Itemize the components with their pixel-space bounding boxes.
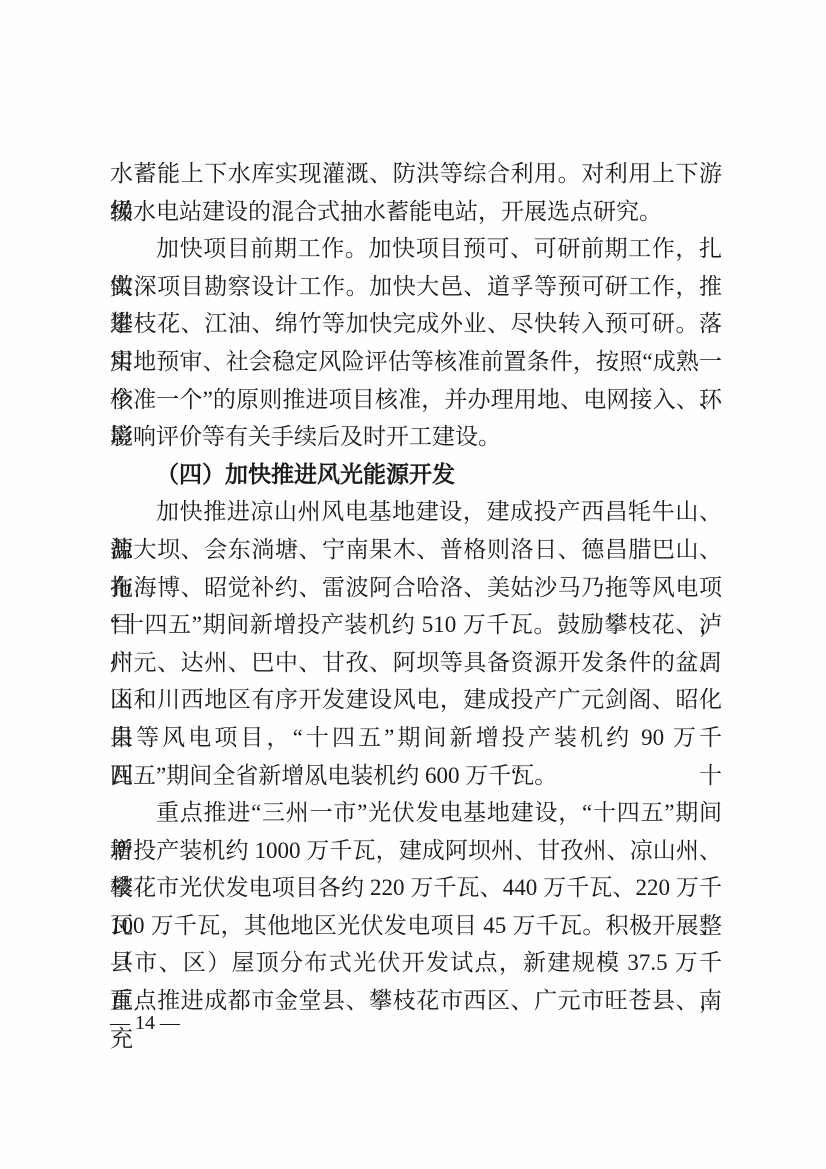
text-line: 攀枝花、江油、绵竹等加快完成外业、尽快转入预可研。落实 xyxy=(110,305,722,343)
document-content: 水蓄能上下水库实现灌溉、防洪等综合利用。对利用上下游梯级水电站建设的混合式抽水蓄… xyxy=(110,155,722,1020)
text-line: 枝花市光伏发电项目各约 220 万千瓦、440 万千瓦、220 万千瓦、 xyxy=(110,869,722,907)
text-line: 做深项目勘察设计工作。加快大邑、道孚等预可研工作，推进 xyxy=(110,268,722,306)
page-footer: — 14 — xyxy=(110,1012,180,1035)
text-line: 影响评价等有关手续后及时开工建设。 xyxy=(110,418,722,456)
text-line: 加快项目前期工作。加快项目预可、可研前期工作，扎实 xyxy=(110,230,722,268)
text-line: “十四五”期间新增投产装机约 510 万千瓦。鼓励攀枝花、泸州、 xyxy=(110,606,722,644)
section-heading: （四）加快推进风光能源开发 xyxy=(110,456,722,494)
text-line: 源大坝、会东淌塘、宁南果木、普格则洛日、德昌腊巴山、布 xyxy=(110,531,722,569)
text-line: 重点推进成都市金堂县、攀枝花市西区、广元市旺苍县、南充 xyxy=(110,982,722,1020)
text-line: 级水电站建设的混合式抽水蓄能电站，开展选点研究。 xyxy=(110,193,722,231)
text-line: 果等风电项目，“十四五”期间新增投产装机约 90 万千瓦。“十 xyxy=(110,719,722,757)
text-line: 区和川西地区有序开发建设风电，建成投产广元剑阁、昭化白 xyxy=(110,681,722,719)
text-line: 100 万千瓦，其他地区光伏发电项目 45 万千瓦。积极开展整县 xyxy=(110,907,722,945)
text-line: 水蓄能上下水库实现灌溉、防洪等综合利用。对利用上下游梯 xyxy=(110,155,722,193)
text-line: 加快推进凉山州风电基地建设，建成投产西昌牦牛山、盐 xyxy=(110,493,722,531)
text-line: （市、区）屋顶分布式光伏开发试点，新建规模 37.5 万千瓦， xyxy=(110,944,722,982)
text-line: 拖海博、昭觉补约、雷波阿合哈洛、美姑沙马乃拖等风电项目， xyxy=(110,569,722,607)
page-number: — 14 — xyxy=(110,1012,180,1034)
text-line: 广元、达州、巴中、甘孜、阿坝等具备资源开发条件的盆周山 xyxy=(110,644,722,682)
document-page: 水蓄能上下水库实现灌溉、防洪等综合利用。对利用上下游梯级水电站建设的混合式抽水蓄… xyxy=(0,0,826,1169)
text-line: 用地预审、社会稳定风险评估等核准前置条件，按照“成熟一个、 xyxy=(110,343,722,381)
text-line: 核准一个”的原则推进项目核准，并办理用地、电网接入、环境 xyxy=(110,381,722,419)
text-line: 增投产装机约 1000 万千瓦，建成阿坝州、甘孜州、凉山州、攀 xyxy=(110,832,722,870)
text-line: 重点推进“三州一市”光伏发电基地建设，“十四五”期间新 xyxy=(110,794,722,832)
